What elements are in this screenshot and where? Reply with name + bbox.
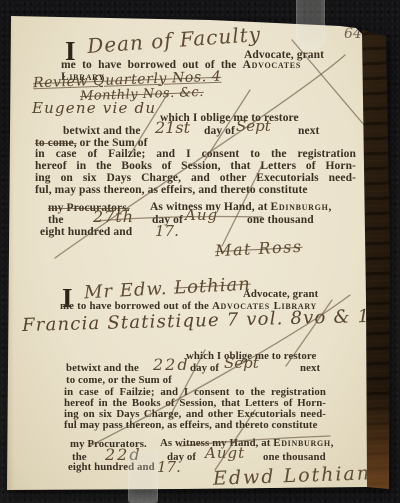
entry1-witness-line: As witness my Hand, at Edinburgh, <box>150 201 332 213</box>
tape-strip-bottom <box>128 451 158 503</box>
entry2-return-day: 22d <box>153 355 190 374</box>
entry2-year: 17. <box>157 458 181 476</box>
entry1-signed-day: 27th <box>93 207 134 226</box>
entry1-betwixt-label: betwixt and the <box>63 125 141 137</box>
book-page: 64 I Dean of Faculty Advocate, grant me … <box>0 0 400 503</box>
entry2-to-come: to come, <box>66 374 105 386</box>
entry2-witness-line: As witness my Hand, at Edinburgh, <box>160 438 334 449</box>
entry1-failzie-line-2: hereof in the Books of Session, that Let… <box>35 160 356 172</box>
entry2-sum-of: or the Sum of <box>108 374 172 386</box>
entry2-betwixt-label: betwixt and the <box>66 363 139 374</box>
entry2-day-of-label: day of <box>190 363 219 374</box>
entry1-edinburgh: Edinburgh, <box>271 201 333 213</box>
entry2-failzie-line-4: ful may pass thereon, as effeirs, and th… <box>64 420 318 431</box>
book-sheet: 64 I Dean of Faculty Advocate, grant me … <box>0 0 400 503</box>
photograph-of-library-register: 64 I Dean of Faculty Advocate, grant me … <box>0 0 400 503</box>
entry2-to-come-line: to come, or the Sum of <box>66 375 172 386</box>
entry1-signed-month: Aug <box>185 206 218 224</box>
entry1-book-title-3: Eugene vie du <box>32 99 156 117</box>
entry1-day-of-label: day of <box>204 125 235 137</box>
entry1-return-day: 21st <box>155 118 190 137</box>
entry1-borrower-name: Dean of Faculty <box>86 22 261 58</box>
entry2-signed-month: Augt <box>205 444 245 462</box>
entry2-edinburgh: Edinburgh, <box>273 437 334 449</box>
tape-strip-top <box>296 0 325 50</box>
page-number: 64 <box>344 26 362 42</box>
entry2-next-label: next <box>300 363 320 374</box>
entry1-the-label: the <box>48 214 64 226</box>
entry1-one-thousand: one thousand <box>247 214 314 226</box>
entry1-eight-hundred: eight hundred and <box>40 226 132 238</box>
entry2-signature: Edwd Lothian <box>213 462 372 490</box>
entry1-signature: Mat Ross <box>215 237 303 261</box>
entry2-return-month: Sept <box>224 354 259 372</box>
entry1-next-label: next <box>298 125 319 137</box>
entry2-advocate-grant-line: Advocate, grant <box>243 289 318 300</box>
entry1-year: 17. <box>155 222 179 240</box>
entry2-one-thousand: one thousand <box>263 452 326 463</box>
entry2-borrower-surname: Lothian <box>174 274 252 299</box>
entry1-failzie-line-1: in case of Failzie; and I consent to the… <box>35 148 356 160</box>
entry2-borrower-name: Mr Edw. Lothian <box>84 274 252 304</box>
entry1-return-month: Sept <box>236 117 271 135</box>
entry1-failzie-line-3: ing on six Days Charge, and other Execut… <box>35 172 356 184</box>
entry1-failzie-line-4: ful, may pass thereon, as effeirs, and t… <box>35 184 308 196</box>
